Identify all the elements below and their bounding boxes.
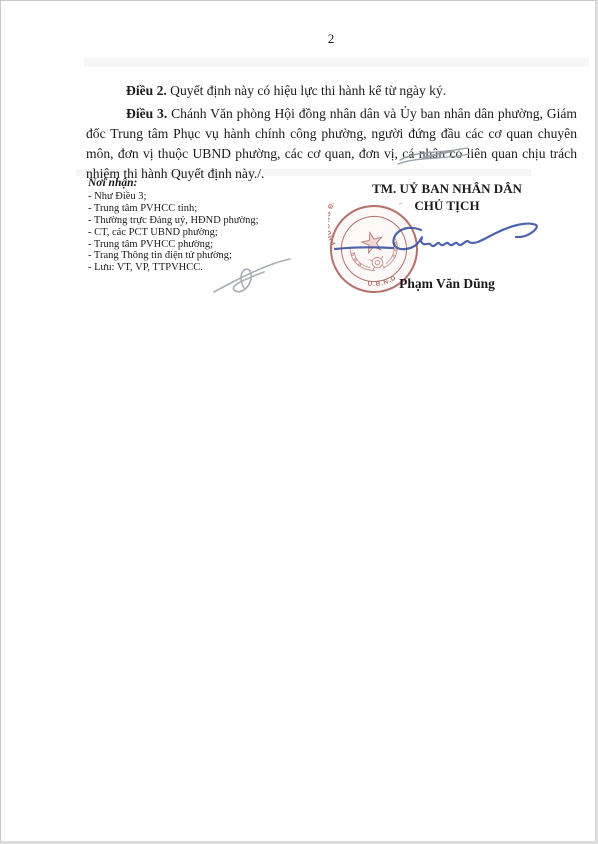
document-page: 2 Điều 2. Quyết định này có hiệu lực thi… bbox=[0, 0, 598, 844]
chairman-signature bbox=[331, 215, 553, 273]
article-2-label: Điều 2. bbox=[126, 83, 167, 98]
signer-name: Phạm Văn Dũng bbox=[331, 276, 563, 292]
page-number: 2 bbox=[86, 31, 576, 47]
recipients-title: Nơi nhận: bbox=[88, 178, 259, 190]
title-line: CHỦ TỊCH bbox=[331, 197, 563, 214]
article-2-paragraph: Điều 2. Quyết định này có hiệu lực thi h… bbox=[86, 81, 577, 101]
recipient-item: - CT, các PCT UBND phường; bbox=[88, 227, 259, 239]
signature-heading: TM. UỶ BAN NHÂN DÂN CHỦ TỊCH bbox=[331, 180, 563, 214]
authority-line: TM. UỶ BAN NHÂN DÂN bbox=[331, 180, 563, 197]
recipient-item: - Trung tâm PVHCC tỉnh; bbox=[88, 203, 259, 215]
article-2-text: Quyết định này có hiệu lực thi hành kể t… bbox=[167, 83, 446, 98]
scan-shading bbox=[84, 58, 589, 67]
recipient-item: - Như Điều 3; bbox=[88, 191, 259, 203]
article-3-paragraph: Điều 3. Chánh Văn phòng Hội đồng nhân dâ… bbox=[86, 104, 577, 184]
article-3-label: Điều 3. bbox=[126, 106, 167, 121]
initial-signature-mark bbox=[204, 250, 298, 300]
recipient-item: - Trung tâm PVHCC phường; bbox=[88, 239, 259, 251]
recipient-item: - Thường trực Đảng uỷ, HĐND phường; bbox=[88, 215, 259, 227]
pen-squiggle-mark bbox=[395, 143, 475, 170]
